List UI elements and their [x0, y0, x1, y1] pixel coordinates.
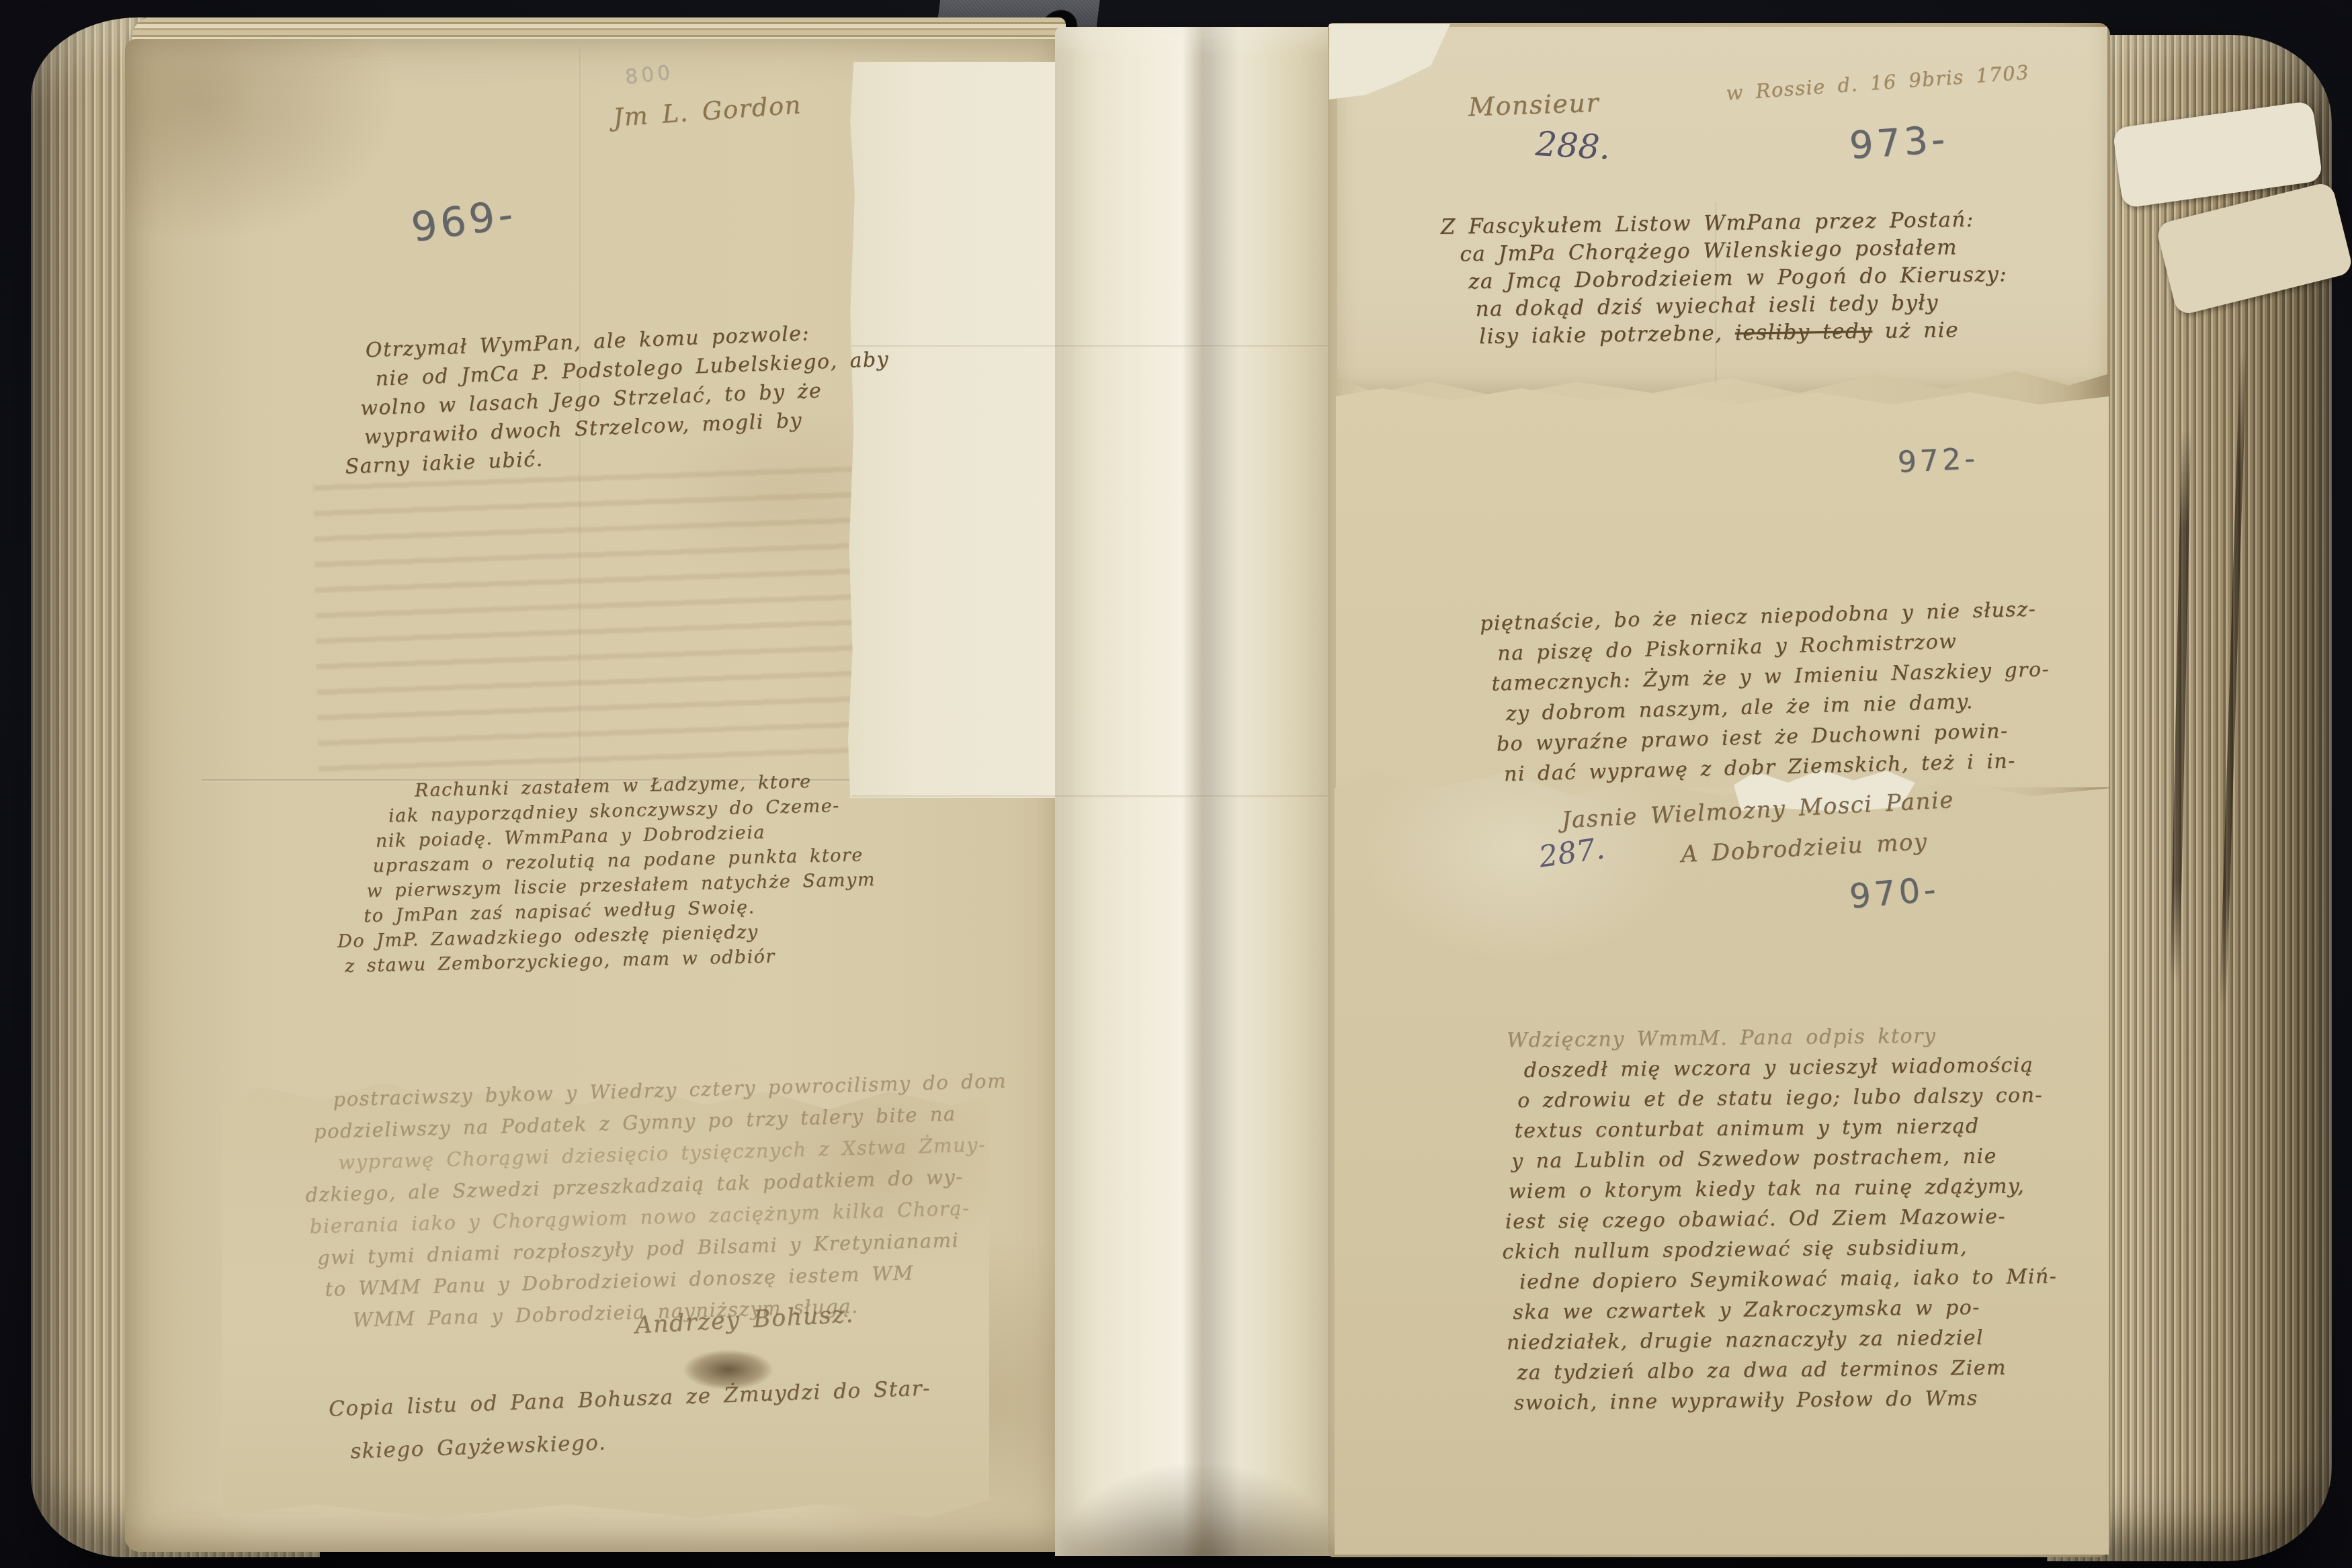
folio-number-288: 288.: [1535, 124, 1611, 167]
left-letter-top-paragraph: Otrzymał WymPan, ale komu pozwole: nie o…: [340, 316, 893, 481]
salutation-monsieur: Monsieur: [1468, 88, 1599, 122]
manuscript-line: Wdzięczny WmmM. Pana odpis ktory: [1507, 1020, 2055, 1056]
left-letter-mid-paragraph: Rachunki zastałem w Ładzyme, ktore iak n…: [332, 768, 878, 979]
right-letter-970-paragraph: Wdzięczny WmmM. Pana odpis ktory doszedł…: [1500, 1020, 2059, 1419]
right-letter-973-paragraph: Z Fascykułem Listow WmPana przez Postań:…: [1441, 206, 2009, 351]
manuscript-line: iest się czego obawiać. Od Ziem Mazowie-: [1505, 1201, 2057, 1237]
center-crease: [852, 345, 1340, 348]
left-letter-bottom-paragraph: postraciwszy bykow y Wiedrzy cztery powr…: [302, 1065, 1013, 1337]
struck-out-words: iesliby tedy: [1735, 319, 1873, 345]
manuscript-line: swoich, inne wyprawiły Posłow do Wms: [1514, 1383, 2059, 1418]
line-segment: uż nie: [1872, 318, 1959, 343]
pencil-number-970: 970-: [1848, 869, 1941, 916]
pencil-number-972: 972-: [1897, 441, 1979, 480]
archival-manuscript-photo: 800 Jm L. Gordon 969- Otrzymał WymPan, a…: [0, 0, 2352, 1568]
right-letter-972-paragraph: piętnaście, bo że niecz niepodobna y nie…: [1480, 594, 2053, 790]
line-segment: lisy iakie potrzebne,: [1479, 321, 1735, 349]
center-crease: [852, 795, 1340, 798]
pencil-number-973: 973-: [1848, 118, 1949, 168]
center-blank-pages: [1055, 27, 1344, 1556]
faint-graphite-mark: 800: [624, 60, 675, 89]
